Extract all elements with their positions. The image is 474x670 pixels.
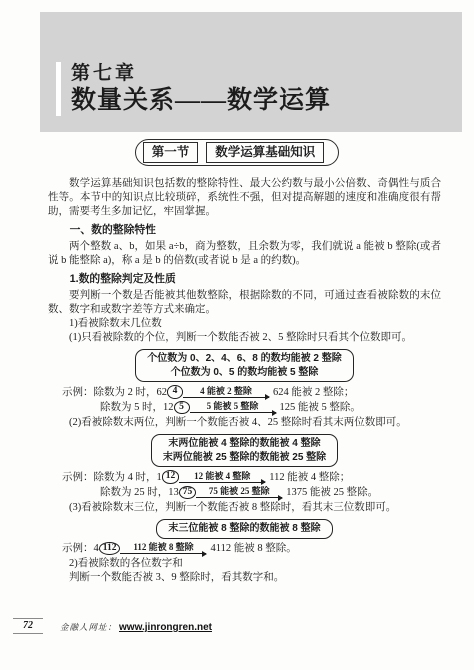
example-result: 4112 能被 8 整除。 (210, 542, 296, 555)
chapter-title: 数量关系——数学运算 (71, 86, 331, 116)
rule-box-2-5: 个位数为 0、2、4、6、8 的数均能被 2 整除 个位数为 0、5 的数均能被… (135, 349, 353, 382)
point-digit-sum: 2)看被除数的各位数字和 (48, 557, 441, 571)
chapter-banner: 第七章 数量关系——数学运算 (40, 12, 462, 132)
example-number: 62 (157, 386, 168, 399)
example-number: 13 (168, 486, 179, 499)
arrow-label: 75 能被 25 整除 (204, 486, 275, 497)
section-label: 第一节 (143, 142, 199, 163)
point-last-one-digit: (1)只看被除数的个位，判断一个数能否被 2、5 整除时只看其个位数即可。 (48, 331, 441, 345)
circled-digit: 4 (167, 385, 183, 399)
example-result: 112 能被 4 整除； (269, 471, 350, 484)
rule-box-4-25: 末两位能被 4 整除的数能被 4 整除 末两位能被 25 整除的数能被 25 整… (151, 434, 338, 467)
example-row: 示例：除数为 4 时，11212 能被 4 整除112 能被 4 整除； (62, 470, 441, 484)
rule-line: 个位数为 0、5 的数均能被 5 整除 (147, 366, 341, 380)
arrow-right-icon: 4 能被 2 整除 (183, 386, 269, 398)
point-last-three-digits: (3)看被除数末三位，判断一个数能否被 8 整除时，看其末三位数即可。 (48, 501, 441, 515)
chapter-accent-bar (56, 62, 61, 116)
rule-line: 末两位能被 25 整除的数能被 25 整除 (163, 451, 326, 465)
arrow-label: 5 能被 5 整除 (202, 401, 264, 412)
rule-box-8: 末三位能被 8 整除的数能被 8 整除 (156, 519, 332, 539)
arrow-label: 12 能被 4 整除 (189, 471, 255, 482)
circled-digit: 75 (179, 486, 197, 500)
example-prefix: 除数为 5 时， (100, 401, 163, 414)
point-last-two-digits: (2)看被除数末两位，判断一个数能否被 4、25 整除时看其末两位数即可。 (48, 416, 441, 430)
page-number: 72 (13, 618, 43, 634)
chapter-heading: 第七章 数量关系——数学运算 (56, 62, 331, 116)
chapter-text: 第七章 数量关系——数学运算 (71, 62, 331, 116)
heading-judgement-rules: 1.数的整除判定及性质 (48, 272, 441, 286)
paragraph-method: 要判断一个数是否能被其他数整除，根据除数的不同，可通过查看被除数的末位数、数字和… (48, 289, 441, 317)
arrow-right-icon: 112 能被 8 整除 (120, 542, 206, 554)
arrow-label: 4 能被 2 整除 (195, 386, 257, 397)
example-result: 624 能被 2 整除； (273, 386, 354, 399)
example-prefix: 示例：除数为 4 时， (62, 471, 157, 484)
page-body: 数学运算基础知识包括数的整除特性、最大公约数与最小公倍数、奇偶性与质合性等。本节… (48, 177, 441, 585)
example-row: 示例：4112112 能被 8 整除4112 能被 8 整除。 (62, 542, 441, 556)
example-row: 除数为 25 时，137575 能被 25 整除1375 能被 25 整除。 (100, 486, 441, 500)
footer-site-label: 金融人网址： (60, 621, 117, 633)
rule-line: 末两位能被 4 整除的数能被 4 整除 (163, 437, 326, 451)
section-header-row: 第一节 数学运算基础知识 (0, 139, 474, 166)
example-prefix: 除数为 25 时， (100, 486, 168, 499)
example-number: 12 (163, 401, 174, 414)
point-last-digits: 1)看被除数末几位数 (48, 317, 441, 331)
footer-site-url: www.jinrongren.net (119, 622, 212, 633)
point-digit-sum-note: 判断一个数能否被 3、9 整除时，看其数字和。 (48, 571, 441, 585)
heading-divisibility: 一、数的整除特性 (48, 223, 441, 237)
example-number: 1 (157, 471, 162, 484)
example-result: 125 能被 5 整除。 (280, 401, 361, 414)
arrow-right-icon: 5 能被 5 整除 (190, 401, 276, 413)
circled-digit: 12 (162, 470, 180, 484)
example-prefix: 示例：除数为 2 时， (62, 386, 157, 399)
rule-line: 末三位能被 8 整除的数能被 8 整除 (168, 522, 320, 536)
arrow-right-icon: 75 能被 25 整除 (196, 486, 282, 498)
paragraph-definition: 两个整数 a、b，如果 a÷b，商为整数，且余数为零，我们就说 a 能被 b 整… (48, 240, 441, 268)
intro-paragraph: 数学运算基础知识包括数的整除特性、最大公约数与最小公倍数、奇偶性与质合性等。本节… (48, 177, 441, 219)
chapter-label: 第七章 (71, 62, 331, 86)
example-number: 4 (94, 542, 99, 555)
example-prefix: 示例： (62, 542, 94, 555)
circled-digit: 5 (174, 401, 190, 415)
circled-digit: 112 (99, 542, 121, 556)
rule-line: 个位数为 0、2、4、6、8 的数均能被 2 整除 (147, 352, 341, 366)
example-row: 示例：除数为 2 时，6244 能被 2 整除624 能被 2 整除； (62, 385, 441, 399)
example-row: 除数为 5 时，1255 能被 5 整除125 能被 5 整除。 (100, 401, 441, 415)
arrow-right-icon: 12 能被 4 整除 (179, 471, 265, 483)
footer-site: 金融人网址： www.jinrongren.net (60, 621, 212, 633)
arrow-label: 112 能被 8 整除 (128, 542, 198, 553)
section-pill: 第一节 数学运算基础知识 (135, 139, 340, 166)
example-result: 1375 能被 25 整除。 (286, 486, 378, 499)
section-title: 数学运算基础知识 (206, 142, 324, 163)
